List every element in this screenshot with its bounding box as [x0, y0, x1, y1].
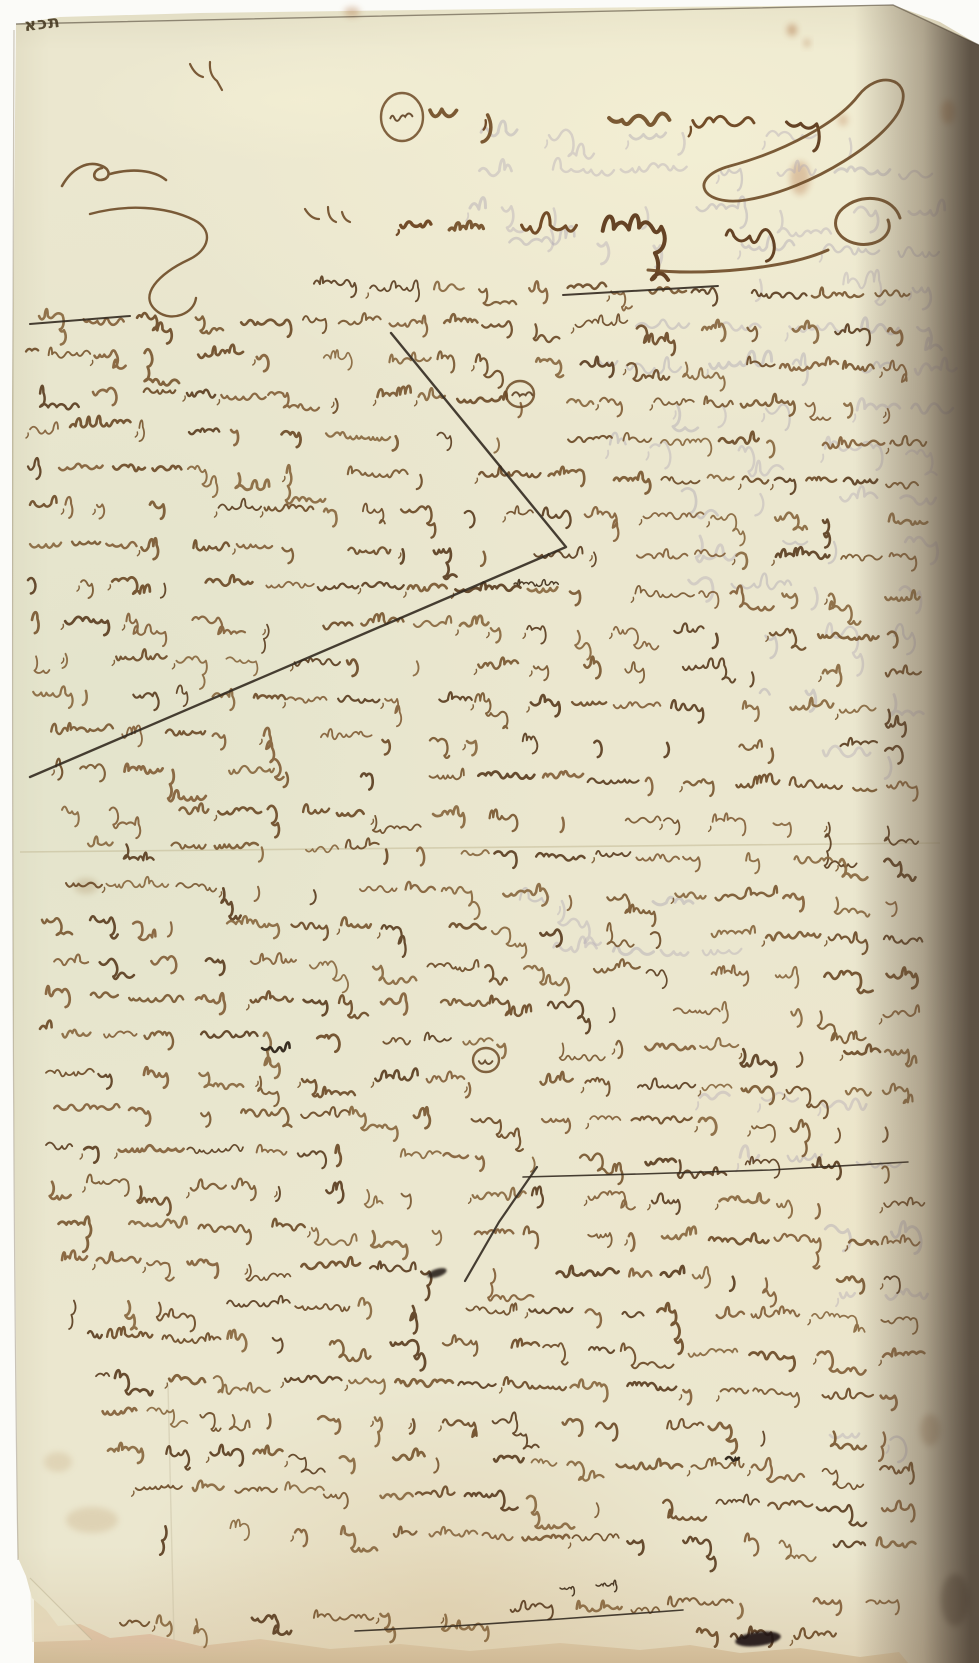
small-ink-dash — [426, 1266, 447, 1280]
mid-diagonal-strike — [465, 1167, 537, 1281]
manuscript-writing-layer — [0, 0, 979, 1663]
bottom-line-strike — [355, 1610, 683, 1631]
interlinear-corrections — [262, 580, 739, 1596]
paper-edge-left — [13, 30, 18, 1560]
small-mark-2 — [305, 207, 350, 222]
mid-horizontal-strike — [523, 1162, 908, 1177]
horizontal-fold — [20, 843, 940, 852]
heavy-ink-blot — [734, 1629, 781, 1649]
paper-edge-shadows — [13, 5, 979, 1560]
word-strike-line1 — [563, 286, 718, 295]
manuscript-scan: תכא — [0, 0, 979, 1663]
top-left-scribble-2 — [90, 208, 207, 317]
body-handwriting — [26, 276, 927, 1647]
flourish-marks — [62, 62, 903, 1072]
binding-gutter-shadow — [855, 0, 979, 1663]
small-mark-1 — [190, 62, 222, 90]
paper-edge-top — [16, 5, 979, 45]
top-left-scribble-1 — [62, 164, 166, 186]
